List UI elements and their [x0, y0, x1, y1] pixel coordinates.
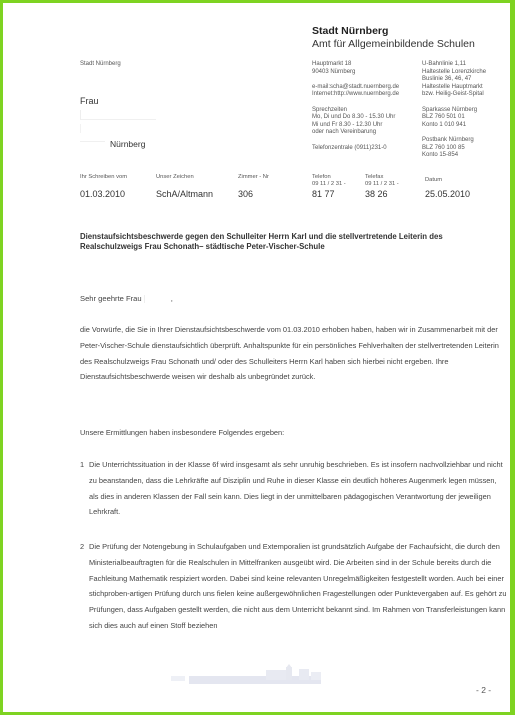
nuernberg-skyline-icon	[171, 675, 326, 686]
ref-value-our-reference: SchA/Altmann	[156, 189, 213, 199]
body-paragraph-1: die Vorwürfe, die Sie in Ihrer Dienstauf…	[80, 322, 505, 385]
finding-text: Die Prüfung der Notengebung in Schulaufg…	[89, 539, 508, 634]
recipient-zip-redacted	[80, 141, 105, 142]
recipient-salutation: Frau	[80, 96, 99, 106]
sender-return-line: Stadt Nürnberg	[80, 61, 121, 67]
body-paragraph-2: Unsere Ermittlungen haben insbesondere F…	[80, 425, 505, 441]
finding-item: 2 Die Prüfung der Notengebung in Schulau…	[80, 539, 508, 634]
ref-label-our-reference: Unser Zeichen	[156, 174, 194, 181]
letterhead-org-name: Stadt Nürnberg	[312, 25, 388, 37]
greeting-name-redacted	[144, 295, 171, 303]
recipient-city: Nürnberg	[110, 139, 145, 149]
ref-label-your-letter: Ihr Schreiben vom	[80, 174, 127, 181]
ref-label-fax: Telefax 09 11 / 2 31 -	[365, 174, 399, 188]
finding-text: Die Unterrichtssituation in der Klasse 6…	[89, 457, 508, 520]
greeting-suffix: ,	[171, 294, 173, 303]
ref-label-phone: Telefon 09 11 / 2 31 -	[312, 174, 346, 188]
finding-number: 2	[80, 539, 84, 555]
ref-value-phone: 81 77	[312, 189, 335, 199]
ref-value-fax: 38 26	[365, 189, 388, 199]
page-number: - 2 -	[476, 685, 491, 695]
greeting-text: Sehr geehrte Frau	[80, 294, 142, 303]
letter-subject: Dienstaufsichtsbeschwerde gegen den Schu…	[80, 232, 505, 252]
recipient-street-redacted	[80, 124, 141, 133]
contact-info-address: Hauptmarkt 18 90403 Nürnberg e-mail:scha…	[312, 61, 399, 152]
contact-info-transport-bank: U-Bahnlinie 1,11 Haltestelle Lorenzkirch…	[422, 61, 486, 160]
letterhead-department: Amt für Allgemeinbildende Schulen	[312, 38, 475, 50]
ref-label-room: Zimmer - Nr	[238, 174, 269, 181]
ref-value-your-letter: 01.03.2010	[80, 189, 125, 199]
ref-value-room: 306	[238, 189, 253, 199]
greeting: Sehr geehrte Frau ,	[80, 294, 173, 303]
finding-item: 1 Die Unterrichtssituation in der Klasse…	[80, 457, 508, 520]
ref-value-date: 25.05.2010	[425, 189, 470, 199]
recipient-name-redacted	[80, 110, 156, 120]
ref-label-date: Datum	[425, 177, 442, 184]
letter-page: Stadt Nürnberg Amt für Allgemeinbildende…	[3, 3, 510, 712]
finding-number: 1	[80, 457, 84, 473]
